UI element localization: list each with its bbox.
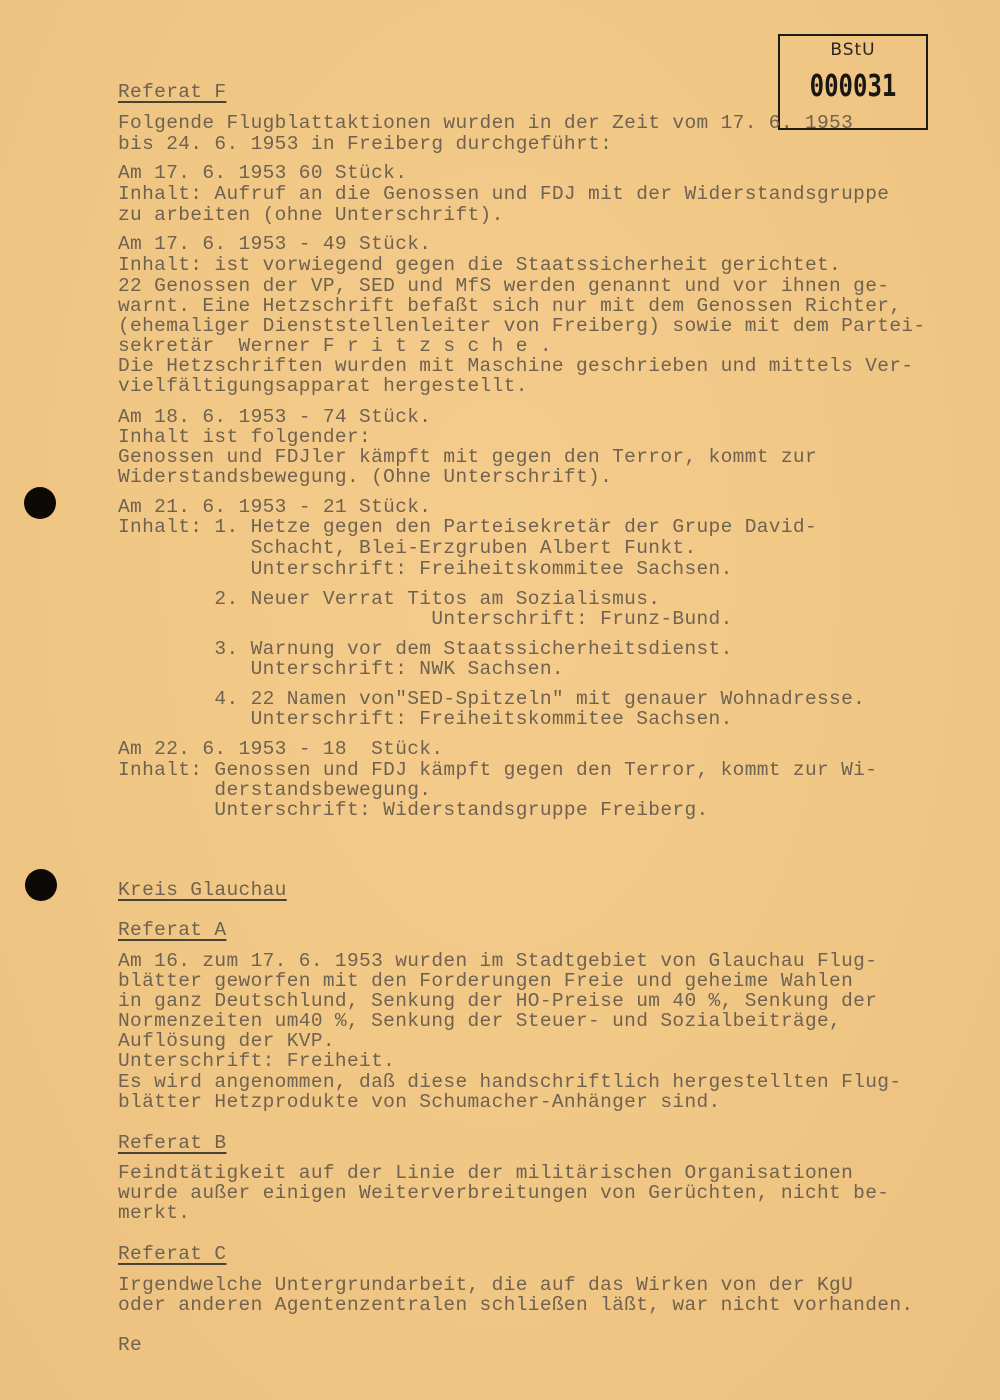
entry-line: Die Hetzschriften wurden mit Maschine ge…: [118, 356, 913, 377]
referat-a-line: Normenzeiten um40 %, Senkung der Steuer-…: [118, 1011, 841, 1032]
section-heading-kreis-glauchau: Kreis Glauchau: [118, 880, 287, 901]
punch-hole-icon: [24, 487, 56, 519]
section-heading-referat-a: Referat A: [118, 920, 226, 941]
referat-b-line: merkt.: [118, 1203, 190, 1224]
referat-c-line: Irgendwelche Untergrundarbeit, die auf d…: [118, 1275, 853, 1296]
entry-line: Inhalt: Aufruf an die Genossen und FDJ m…: [118, 184, 889, 205]
entry-line: zu arbeiten (ohne Unterschrift).: [118, 205, 504, 226]
punch-hole-icon: [25, 869, 57, 901]
list-item-signature: Unterschrift: Frunz-Bund.: [118, 609, 733, 630]
referat-a-line: Auflösung der KVP.: [118, 1031, 335, 1052]
entry-line: Schacht, Blei-Erzgruben Albert Funkt.: [118, 538, 697, 559]
entry-line: derstandsbewegung.: [118, 780, 431, 801]
entry-line: warnt. Eine Hetzschrift befaßt sich nur …: [118, 296, 901, 317]
referat-b-line: wurde außer einigen Weiterverbreitungen …: [118, 1183, 889, 1204]
entry-line: Widerstandsbewegung. (Ohne Unterschrift)…: [118, 467, 612, 488]
entry-line: (ehemaliger Dienststellenleiter von Frei…: [118, 316, 925, 337]
trailing-text: Re: [118, 1335, 142, 1356]
referat-a-line: blätter Hetzprodukte von Schumacher-Anhä…: [118, 1092, 721, 1113]
entry-line: sekretär Werner F r i t z s c h e .: [118, 336, 552, 357]
referat-a-line: Es wird angenommen, daß diese handschrif…: [118, 1072, 901, 1093]
entry-line: Genossen und FDJler kämpft mit gegen den…: [118, 447, 817, 468]
entry-line: vielfältigungsapparat hergestellt.: [118, 376, 528, 397]
stamp-label: BStU: [780, 40, 926, 60]
referat-b-line: Feindtätigkeit auf der Linie der militär…: [118, 1163, 853, 1184]
entry-line: Unterschrift: Widerstandsgruppe Freiberg…: [118, 800, 709, 821]
entry-date: Am 18. 6. 1953 - 74 Stück.: [118, 407, 431, 428]
referat-c-line: oder anderen Agentenzentralen schließen …: [118, 1295, 913, 1316]
list-item: 2. Neuer Verrat Titos am Sozialismus.: [118, 589, 660, 610]
list-item-signature: Unterschrift: Freiheitskommitee Sachsen.: [118, 709, 733, 730]
section-heading-referat-b: Referat B: [118, 1133, 226, 1154]
entry-line: Inhalt ist folgender:: [118, 427, 371, 448]
intro-line: bis 24. 6. 1953 in Freiberg durchgeführt…: [118, 134, 612, 155]
document-page: BStU 000031 Referat F Folgende Flugblatt…: [0, 0, 1000, 1400]
referat-a-line: Am 16. zum 17. 6. 1953 wurden im Stadtge…: [118, 951, 877, 972]
referat-a-line: blätter geworfen mit den Forderungen Fre…: [118, 971, 853, 992]
section-heading-referat-c: Referat C: [118, 1244, 226, 1265]
list-item: 3. Warnung vor dem Staatssicherheitsdien…: [118, 639, 733, 660]
entry-date: Am 22. 6. 1953 - 18 Stück.: [118, 739, 443, 760]
entry-line: Inhalt: Genossen und FDJ kämpft gegen de…: [118, 760, 877, 781]
list-item-signature: Unterschrift: NWK Sachsen.: [118, 659, 564, 680]
entry-date: Am 21. 6. 1953 - 21 Stück.: [118, 497, 431, 518]
entry-line: 22 Genossen der VP, SED und MfS werden g…: [118, 276, 889, 297]
entry-date: Am 17. 6. 1953 60 Stück.: [118, 163, 407, 184]
stamp-number: 000031: [780, 69, 926, 104]
intro-line: Folgende Flugblattaktionen wurden in der…: [118, 113, 853, 134]
entry-line: Inhalt: 1. Hetze gegen den Parteisekretä…: [118, 517, 817, 538]
referat-a-line: Unterschrift: Freiheit.: [118, 1051, 395, 1072]
section-heading-referat-f: Referat F: [118, 82, 226, 103]
entry-date: Am 17. 6. 1953 - 49 Stück.: [118, 234, 431, 255]
list-item: 4. 22 Namen von"SED-Spitzeln" mit genaue…: [118, 689, 865, 710]
referat-a-line: in ganz Deutschlund, Senkung der HO-Prei…: [118, 991, 877, 1012]
entry-line: Inhalt: ist vorwiegend gegen die Staatss…: [118, 255, 841, 276]
entry-line: Unterschrift: Freiheitskommitee Sachsen.: [118, 559, 733, 580]
